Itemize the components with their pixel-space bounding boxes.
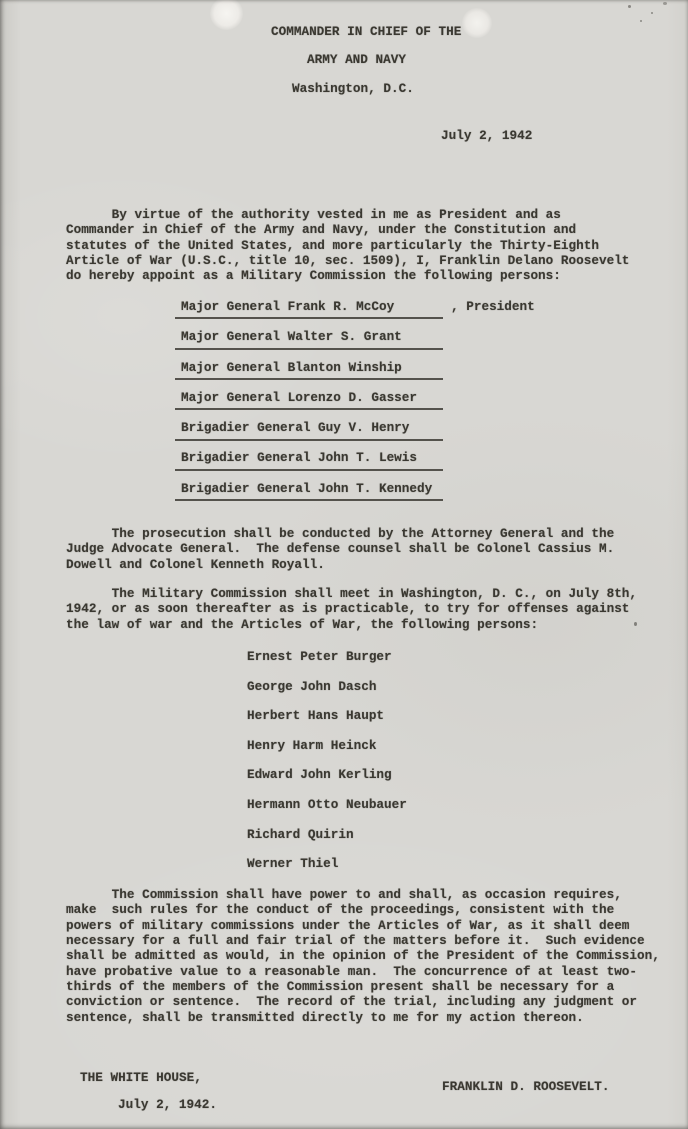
- commission-member-row: Brigadier General John T. Kennedy: [175, 481, 535, 511]
- commission-member-suffix: [443, 390, 451, 405]
- commission-member-name: Major General Frank R. McCoy: [175, 299, 443, 319]
- commission-members-list: Major General Frank R. McCoy, President …: [175, 299, 535, 511]
- scan-speckle: [663, 2, 667, 5]
- paragraph-line: powers of military commissions under the…: [66, 918, 660, 933]
- paragraph-line: shall be admitted as would, in the opini…: [66, 948, 660, 963]
- paragraph-line: Dowell and Colonel Kenneth Royall.: [66, 557, 614, 572]
- defendant-name: Edward John Kerling: [247, 760, 407, 790]
- paragraph-line: necessary for a full and fair trial of t…: [66, 933, 660, 948]
- signature-place: THE WHITE HOUSE,: [80, 1070, 202, 1085]
- defendant-name: Henry Harm Heinck: [247, 731, 407, 761]
- letterhead-line-2: ARMY AND NAVY: [307, 52, 406, 67]
- paragraph-line: 1942, or as soon thereafter as is practi…: [66, 601, 637, 616]
- paragraph-line: The Military Commission shall meet in Wa…: [66, 586, 637, 601]
- hole-punch-right: [462, 8, 492, 38]
- paragraph-line: conviction or sentence. The record of th…: [66, 994, 660, 1009]
- commission-member-row: Brigadier General Guy V. Henry: [175, 420, 535, 450]
- commission-member-suffix: [443, 420, 451, 435]
- paragraph-commission-meeting: The Military Commission shall meet in Wa…: [66, 586, 637, 632]
- commission-member-name: Major General Walter S. Grant: [175, 329, 443, 349]
- paragraph-line: The prosecution shall be conducted by th…: [66, 526, 614, 541]
- scan-speckle: [640, 20, 642, 22]
- defendant-name: Ernest Peter Burger: [247, 642, 407, 672]
- paragraph-line: By virtue of the authority vested in me …: [66, 207, 629, 222]
- commission-member-row: Major General Blanton Winship: [175, 360, 535, 390]
- commission-member-suffix: [443, 450, 451, 465]
- paragraph-prosecution-defense: The prosecution shall be conducted by th…: [66, 526, 614, 572]
- commission-member-suffix: [443, 329, 451, 344]
- paragraph-line: sentence, shall be transmitted directly …: [66, 1010, 660, 1025]
- paragraph-line: Article of War (U.S.C., title 10, sec. 1…: [66, 253, 629, 268]
- hole-punch-left: [210, 0, 243, 30]
- defendant-name: Werner Thiel: [247, 849, 407, 879]
- commission-member-row: Brigadier General John T. Lewis: [175, 450, 535, 480]
- paragraph-line: do hereby appoint as a Military Commissi…: [66, 268, 629, 283]
- scan-speckle: [651, 12, 653, 14]
- paragraph-line: statutes of the United States, and more …: [66, 238, 629, 253]
- paragraph-line: Commander in Chief of the Army and Navy,…: [66, 222, 629, 237]
- defendant-name: Herbert Hans Haupt: [247, 701, 407, 731]
- paragraph-commission-powers: The Commission shall have power to and s…: [66, 887, 660, 1025]
- paragraph-line: the law of war and the Articles of War, …: [66, 617, 637, 632]
- commission-member-name: Brigadier General Guy V. Henry: [175, 420, 443, 440]
- defendant-name: Hermann Otto Neubauer: [247, 790, 407, 820]
- paragraph-line: thirds of the members of the Commission …: [66, 979, 660, 994]
- commission-member-suffix: [443, 360, 451, 375]
- defendant-name: George John Dasch: [247, 672, 407, 702]
- commission-member-name: Major General Lorenzo D. Gasser: [175, 390, 443, 410]
- signature-name: FRANKLIN D. ROOSEVELT.: [442, 1079, 610, 1094]
- commission-member-row: Major General Frank R. McCoy, President: [175, 299, 535, 329]
- paragraph-line: The Commission shall have power to and s…: [66, 887, 660, 902]
- document-date: July 2, 1942: [441, 128, 532, 143]
- paragraph-line: have probative value to a reasonable man…: [66, 964, 660, 979]
- paragraph-line: Judge Advocate General. The defense coun…: [66, 541, 614, 556]
- scan-speckle: [634, 622, 637, 626]
- defendant-name: Richard Quirin: [247, 820, 407, 850]
- commission-member-suffix: [443, 481, 451, 496]
- commission-member-row: Major General Lorenzo D. Gasser: [175, 390, 535, 420]
- commission-member-row: Major General Walter S. Grant: [175, 329, 535, 359]
- letterhead-line-1: COMMANDER IN CHIEF OF THE: [271, 24, 461, 39]
- defendants-list: Ernest Peter Burger George John Dasch He…: [247, 642, 407, 879]
- letterhead-line-3: Washington, D.C.: [292, 81, 414, 96]
- commission-member-name: Major General Blanton Winship: [175, 360, 443, 380]
- document-page: COMMANDER IN CHIEF OF THE ARMY AND NAVY …: [0, 0, 688, 1129]
- paragraph-appointment-authority: By virtue of the authority vested in me …: [66, 207, 629, 284]
- commission-member-name: Brigadier General John T. Kennedy: [175, 481, 443, 501]
- paragraph-line: make such rules for the conduct of the p…: [66, 902, 660, 917]
- commission-member-suffix: , President: [443, 299, 535, 314]
- signature-date: July 2, 1942.: [118, 1097, 217, 1112]
- commission-member-name: Brigadier General John T. Lewis: [175, 450, 443, 470]
- scan-speckle: [628, 5, 631, 8]
